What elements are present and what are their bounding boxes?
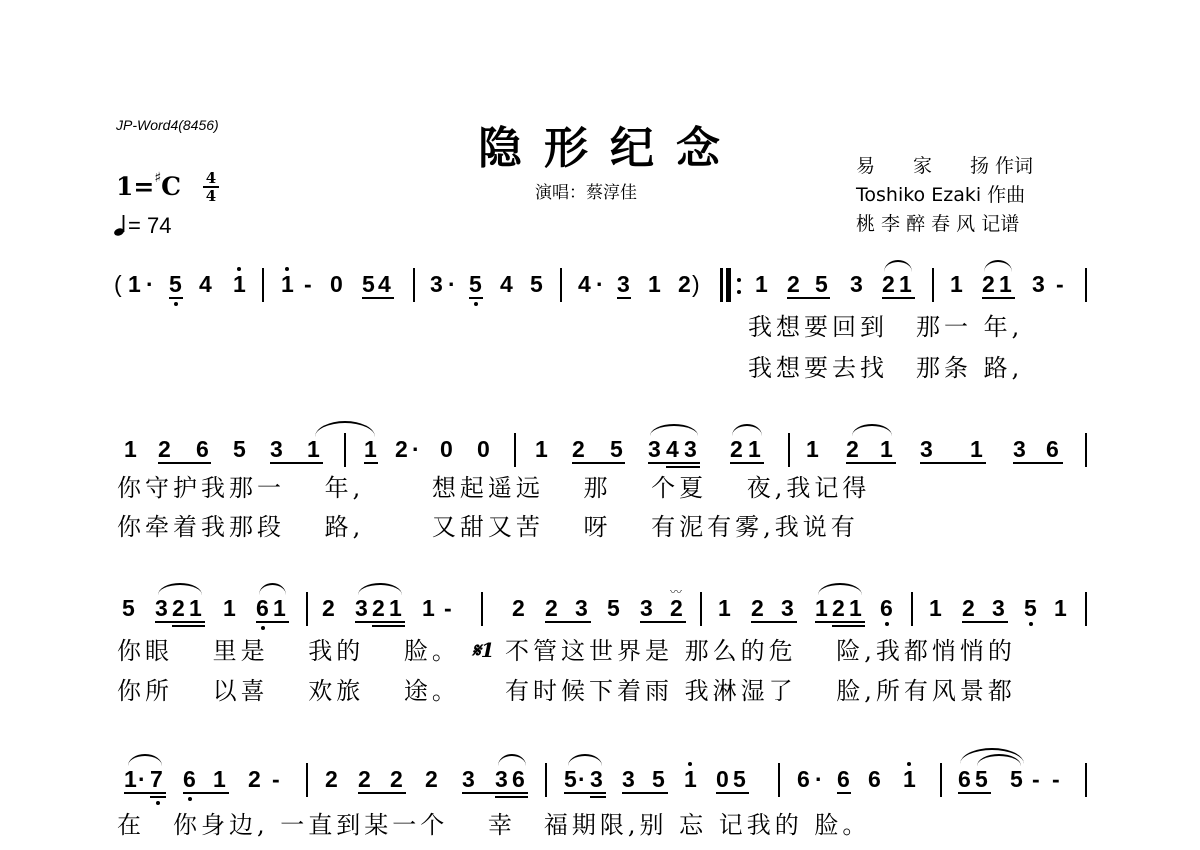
underline [158,462,211,464]
quarter-note-icon [114,214,128,236]
low-octave-dot [156,801,160,805]
note: 6 [880,594,893,622]
barline [1085,433,1087,467]
lyric-verse-1: 我想要回到 那一 年, [748,312,1023,342]
note: 3 [684,435,697,463]
high-octave-dot [285,267,289,271]
rest-dash: - [1032,765,1040,793]
note: 1 [755,270,768,298]
low-octave-dot [1029,622,1033,626]
note: 2 [882,270,895,298]
note: 6 [196,435,209,463]
underline [846,462,896,464]
note: 3 [270,435,283,463]
lyric-verse-2: 你牵着我那段 路, 又甜又苦 呀 有泥有雾,我说有 [117,512,859,542]
underline [469,297,483,299]
barline [1085,268,1087,302]
note: 3 [590,765,603,793]
repeat-dot [737,278,741,282]
note: 2 [395,435,408,463]
underline [622,792,668,794]
rest-dash: - [304,270,312,298]
rest-dash: - [1052,765,1060,793]
note: 3 [462,765,475,793]
underline [648,462,700,464]
double-underline [666,466,700,468]
note: 3 [640,594,653,622]
underline [730,462,764,464]
note: 5 [530,270,543,298]
note: 4 [500,270,513,298]
barline [344,433,346,467]
note: 4 [199,270,212,298]
note: 6 [797,765,810,793]
note: 3 [850,270,863,298]
key-signature: 1=♯C [116,172,181,201]
note: 1 [364,435,377,463]
note: 6 [1046,435,1059,463]
underline [270,462,323,464]
barline [1085,592,1087,626]
double-underline [172,625,205,627]
rest-dash: - [444,594,452,622]
note: 2 [425,765,438,793]
note: 1 [389,594,402,622]
barline [306,763,308,797]
key-label: 1= [116,172,154,201]
high-octave-dot [688,762,692,766]
underline [751,621,797,623]
note: 1 [273,594,286,622]
note: 6 [958,765,971,793]
close-paren: ) [692,270,700,298]
note: 1 [999,270,1012,298]
barline [306,592,308,626]
lyric-verse-1: 你守护我那一 年, 想起遥远 那 个夏 夜,我记得 [117,473,870,503]
lyric-verse-1: 在 你身边, 一直到某一个 幸 福期限,别 忘 记我的 脸。 [117,810,870,840]
barline [262,268,264,302]
barline [1085,763,1087,797]
note: 1 [929,594,942,622]
note: 1 [128,270,141,298]
underline [155,621,205,623]
note: 1 [880,435,893,463]
underline [837,792,851,794]
low-octave-dot [174,302,178,306]
note: 5 [169,270,182,298]
note: 2 [322,594,335,622]
repeat-start-thin [720,268,723,302]
note: 2 [572,435,585,463]
barline [932,268,934,302]
note: 2 [846,435,859,463]
note: 3 [617,270,630,298]
underline [355,621,405,623]
low-octave-dot [188,797,192,801]
note: 2 [172,594,185,622]
high-octave-dot [907,762,911,766]
barline [911,592,913,626]
lyric-verse-2: 你所 以喜 欢旅 途。 [117,676,460,706]
note: 4 [666,435,679,463]
underline [462,792,528,794]
underline [256,621,289,623]
note: 0 [330,270,343,298]
double-underline [590,796,606,798]
note: 2 [248,765,261,793]
note: 5 [815,270,828,298]
note: 3 [992,594,1005,622]
note: 5 [233,435,246,463]
note: 1 [950,270,963,298]
low-octave-dot [885,622,889,626]
note: 6 [512,765,525,793]
underline [124,792,166,794]
lyricist-credit: 易 家 扬 作词 [856,152,1084,181]
slur [732,424,762,436]
barline [778,763,780,797]
note: 3 [648,435,661,463]
repeat-start-thick [726,268,731,302]
note: 2 [751,594,764,622]
note: 1 [307,435,320,463]
note: 6 [183,765,196,793]
time-sig-bottom: 4 [203,189,219,203]
credits-block: 易 家 扬 作词 Toshiko Ezaki 作曲 桃 李 醉 春 风 记谱 [856,152,1084,239]
slur [358,583,402,595]
slur [984,260,1012,272]
underline [1013,462,1063,464]
note: 5 [607,594,620,622]
note: 3 [920,435,933,463]
note: 1 [684,765,697,793]
barline [788,433,790,467]
note: 2 [962,594,975,622]
note: 2 [545,594,558,622]
note: 2 [158,435,171,463]
rest-dash: - [272,765,280,793]
double-underline [832,625,865,627]
note: 1 [223,594,236,622]
note: 1 [124,765,137,793]
underline [882,297,915,299]
note: 0 [440,435,453,463]
note: 1 [422,594,435,622]
note: 5 [1024,594,1037,622]
note: 0 [716,765,729,793]
dot-extension: · [138,765,146,793]
note: 3 [622,765,635,793]
dot-extension: · [815,765,823,793]
note: 1 [535,435,548,463]
dot-extension: · [146,270,154,298]
repeat-dot [737,290,741,294]
mordent-icon: 〰 [670,583,682,600]
barline [481,592,483,626]
note: 5 [975,765,988,793]
note: 5 [469,270,482,298]
composer-credit: Toshiko Ezaki 作曲 [856,181,1084,210]
slur [650,424,698,436]
note: 1 [648,270,661,298]
underline [183,792,229,794]
note: 1 [849,594,862,622]
dot-extension: · [448,270,456,298]
lyric-verse-2-b: 有时候下着雨 我淋湿了 脸,所有风景都 [505,676,1016,706]
note: 5 [610,435,623,463]
transcriber-credit: 桃 李 醉 春 风 记谱 [856,210,1084,239]
underline [545,621,591,623]
note: 1 [815,594,828,622]
singer-credit: 演唱：蔡淳佳 [535,178,637,203]
note: 1 [1054,594,1067,622]
double-underline [372,625,405,627]
note: 3 [781,594,794,622]
note: 6 [868,765,881,793]
segno-icon: 𝄋1 [472,638,495,662]
key-note: C [161,172,181,201]
barline [560,268,562,302]
note: 0 [477,435,490,463]
note: 2 [358,765,371,793]
note: 2 [372,594,385,622]
low-octave-dot [261,626,265,630]
note: 5 [652,765,665,793]
note: 3 [1013,435,1026,463]
time-sig-top: 4 [203,171,219,185]
note: 6 [256,594,269,622]
note: 1 [748,435,761,463]
sharp-icon: ♯ [154,170,161,186]
note: 2 [787,270,800,298]
barline [940,763,942,797]
note: 1 [281,270,294,298]
note: 5 [362,270,375,298]
note: 3 [155,594,168,622]
underline [982,297,1015,299]
note: 2 [832,594,845,622]
note: 3 [430,270,443,298]
underline [716,792,749,794]
underline [962,621,1008,623]
note: 2 [982,270,995,298]
high-octave-dot [237,267,241,271]
note: 7 [150,765,163,793]
note: 2 [325,765,338,793]
underline [564,792,606,794]
dot-extension: · [596,270,604,298]
slur [128,754,162,766]
note: 1 [718,594,731,622]
underline [958,792,991,794]
note: 2 [678,270,691,298]
note: 1 [189,594,202,622]
time-signature: 4 4 [203,171,219,203]
note: 1 [213,765,226,793]
note: 4 [578,270,591,298]
note: 6 [837,765,850,793]
underline [640,621,686,623]
note: 1 [970,435,983,463]
underline [815,621,865,623]
note: 2 [730,435,743,463]
note: 5 [733,765,746,793]
barline [700,592,702,626]
note: 5 [1010,765,1023,793]
dot-extension: · [412,435,420,463]
note: 1 [124,435,137,463]
note: 5 [564,765,577,793]
lyric-verse-1: 你眼 里是 我的 脸。 [117,636,460,666]
underline [362,297,394,299]
slur [568,754,602,766]
underline [364,462,378,464]
open-paren: ( [114,270,122,298]
tempo-value: = 74 [128,213,171,238]
note: 1 [806,435,819,463]
low-octave-dot [474,302,478,306]
slur [884,260,912,272]
slur [852,424,892,436]
note: 3 [575,594,588,622]
note: 3 [1032,270,1045,298]
note: 2 [390,765,403,793]
note: 4 [378,270,391,298]
slur [259,583,286,595]
slur [818,583,862,595]
dot-extension: · [578,765,586,793]
note: 1 [233,270,246,298]
underline [787,297,830,299]
note: 2 [512,594,525,622]
underline [358,792,406,794]
note: 1 [899,270,912,298]
note: 3 [495,765,508,793]
slur [498,754,526,766]
slur [158,583,202,595]
barline [514,433,516,467]
underline [169,297,183,299]
note: 3 [355,594,368,622]
tempo-marking: = 74 [114,213,171,239]
lyric-verse-2: 我想要去找 那条 路, [748,353,1023,383]
double-underline [495,796,528,798]
barline [413,268,415,302]
underline [572,462,625,464]
underline [617,297,631,299]
double-underline [150,796,166,798]
lyric-verse-1-b: 不管这世界是 那么的危 险,我都悄悄的 [505,636,1016,666]
rest-dash: - [1056,270,1064,298]
note: 5 [122,594,135,622]
underline [920,462,986,464]
barline [545,763,547,797]
note: 1 [903,765,916,793]
